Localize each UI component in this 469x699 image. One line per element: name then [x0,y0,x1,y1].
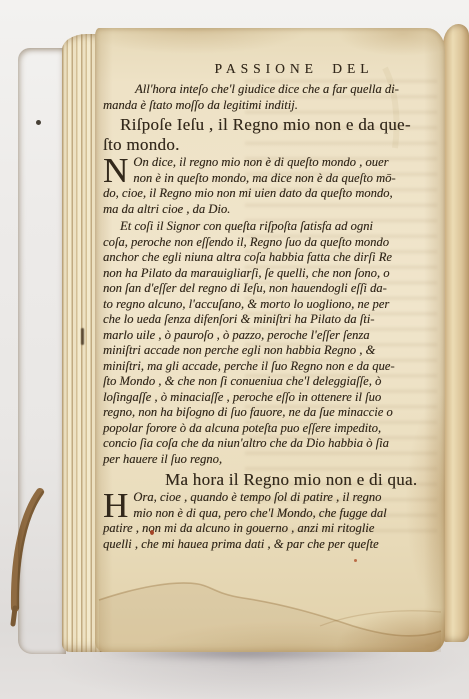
page-content: PASSIONE DEL All'hora inteſo che'l giudi… [103,61,443,552]
paragraph-hora-cioe-text: Ora, cioe , quando è tempo ſol di patire… [103,490,387,551]
paragraph-ma-hora: Ma hora il Regno mio non e di qua. [103,470,443,490]
red-ink-speck [150,530,154,535]
drop-cap-h: H [103,492,128,520]
wormhole-dot [36,120,41,125]
paragraph-non-dice: NOn dice, il regno mio non è di queſto m… [103,155,443,217]
facing-page-fore-edge [443,24,469,642]
paragraph-rispose: Riſpoſe Ieſu , il Regno mio non e da que… [103,115,443,155]
paragraph-hora-cioe: HOra, cioe , quando è tempo ſol di patir… [103,490,443,552]
drop-cap-n: N [103,157,128,185]
gutter-worm-mark [81,328,84,345]
book-spine [18,48,66,654]
paragraph-allhora: All'hora inteſo che'l giudice dice che a… [103,82,443,113]
paragraph-et-cosi: Et coſi il Signor con queſta riſpoſta ſa… [103,219,443,467]
running-header: PASSIONE DEL [103,61,443,77]
paragraph-non-dice-text: On dice, il regno mio non è di queſto mo… [103,155,396,216]
red-ink-speck-small [354,559,357,562]
photo-backdrop: PASSIONE DEL All'hora inteſo che'l giudi… [0,0,469,699]
book-page: PASSIONE DEL All'hora inteſo che'l giudi… [95,28,445,652]
